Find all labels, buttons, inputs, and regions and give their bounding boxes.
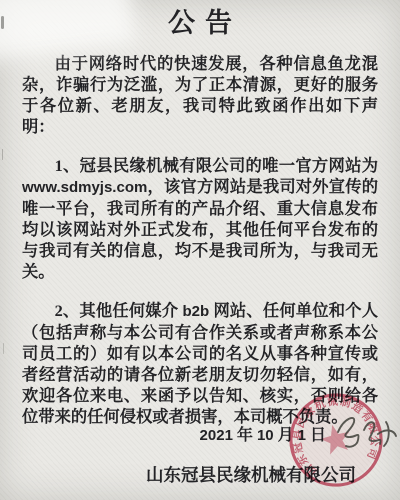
text-segment: 月 xyxy=(274,427,298,444)
announcement-point-1-paragraph: 1、冠县民缘机械有限公司的唯一官方网站为 www.sdmyjs.com，该官方网… xyxy=(22,155,378,282)
bold-text-segment: www.sdmyjs.com xyxy=(22,179,147,196)
text-segment: 由于网络时代的快速发展，各种信息鱼龙混杂，诈骗行为泛滥，为了正本清源，更好的服务… xyxy=(22,54,378,136)
bold-text-segment: 1 xyxy=(298,427,306,444)
bold-text-segment: b2b xyxy=(183,303,210,320)
text-segment: 日 xyxy=(306,427,326,444)
text-segment: 年 xyxy=(233,427,257,444)
text-segment: 1、冠县民缘机械有限公司的唯一官方网站为 xyxy=(55,156,382,175)
page-title: 公告 xyxy=(0,8,400,38)
announcement-point-2-paragraph: 2、其他任何媒介 b2b 网站、任何单位和个人（包括声称与本公司有合作关系或者声… xyxy=(22,300,378,427)
date-line: 2021 年 10 月 1 日 xyxy=(0,422,400,445)
bold-text-segment: 2021 xyxy=(200,427,233,444)
announcement-intro-paragraph: 由于网络时代的快速发展，各种信息鱼龙混杂，诈骗行为泛滥，为了正本清源，更好的服务… xyxy=(22,53,378,137)
text-segment: 2、其他任何媒介 xyxy=(55,301,183,320)
company-signature-line: 山东冠县民缘机械有限公司 xyxy=(0,462,400,487)
scanned-announcement-page: 公告 由于网络时代的快速发展，各种信息鱼龙混杂，诈骗行为泛滥，为了正本清源，更好… xyxy=(0,0,400,500)
bold-text-segment: 10 xyxy=(257,427,274,444)
announcement-body: 由于网络时代的快速发展，各种信息鱼龙混杂，诈骗行为泛滥，为了正本清源，更好的服务… xyxy=(0,38,400,427)
